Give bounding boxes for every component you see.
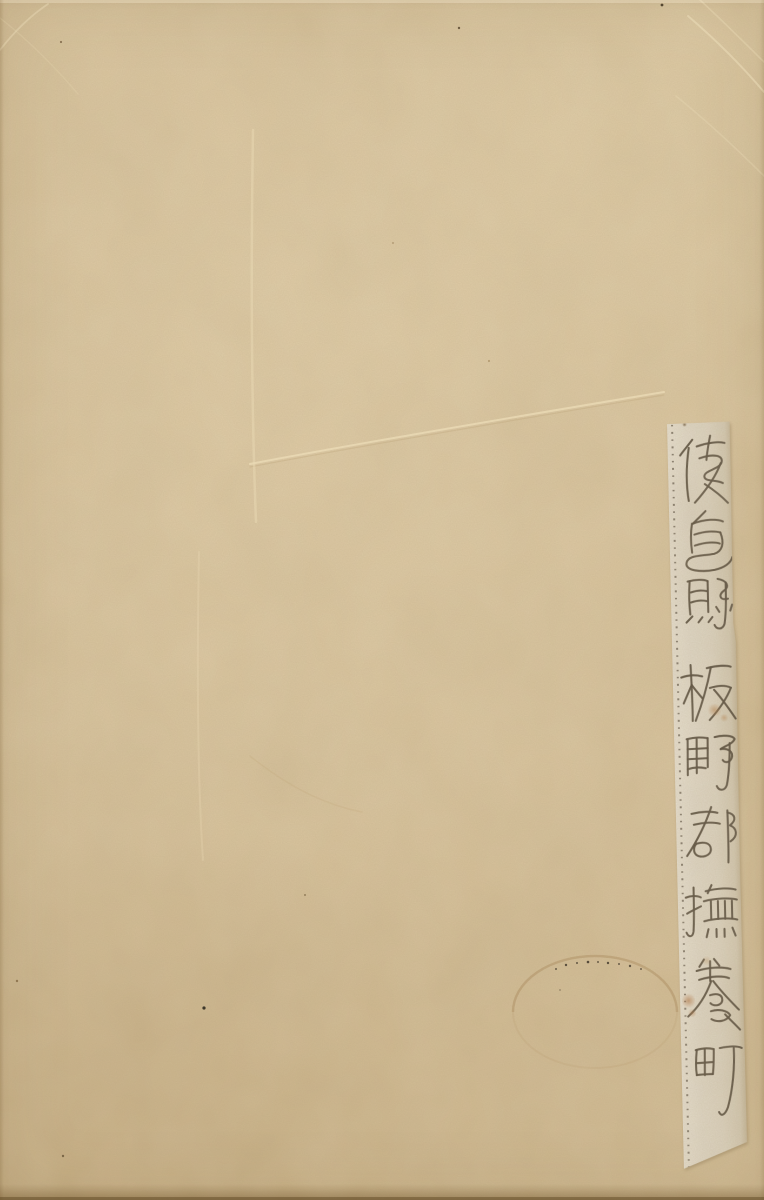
paper-texture-overlay bbox=[0, 0, 764, 1200]
dust-specks bbox=[16, 4, 664, 1158]
foxing-stain bbox=[688, 1008, 696, 1017]
scanned-paper-page: 德 島 縣 板 野 郡 撫 養 町 bbox=[0, 0, 764, 1200]
kanji-stroke-group bbox=[679, 435, 728, 505]
paper-mottle-light bbox=[0, 0, 764, 1200]
paper-edge-left bbox=[0, 0, 4, 1200]
paper-edge-right bbox=[760, 0, 764, 1200]
paper-mottle bbox=[0, 0, 764, 1200]
kanji-stroke-group bbox=[687, 736, 735, 790]
kanji-stroke-group bbox=[686, 885, 738, 938]
kanji-stroke-group bbox=[686, 579, 733, 630]
handwritten-calligraphy bbox=[667, 422, 748, 1169]
circular-stain bbox=[513, 956, 677, 1068]
paper-edge-top bbox=[0, 0, 764, 3]
kanji-stroke-group bbox=[685, 806, 737, 864]
kanji-stroke-group bbox=[684, 510, 733, 572]
label-strip-wrapper: 德 島 縣 板 野 郡 撫 養 町 bbox=[667, 422, 748, 1169]
kanji-stroke-group bbox=[696, 1046, 742, 1114]
stain-speckles bbox=[555, 961, 642, 991]
paper-grain bbox=[0, 0, 764, 1200]
crease-lines bbox=[0, 0, 764, 860]
address-label-strip: 德 島 縣 板 野 郡 撫 養 町 bbox=[667, 422, 748, 1169]
foxing-stain bbox=[682, 423, 687, 427]
